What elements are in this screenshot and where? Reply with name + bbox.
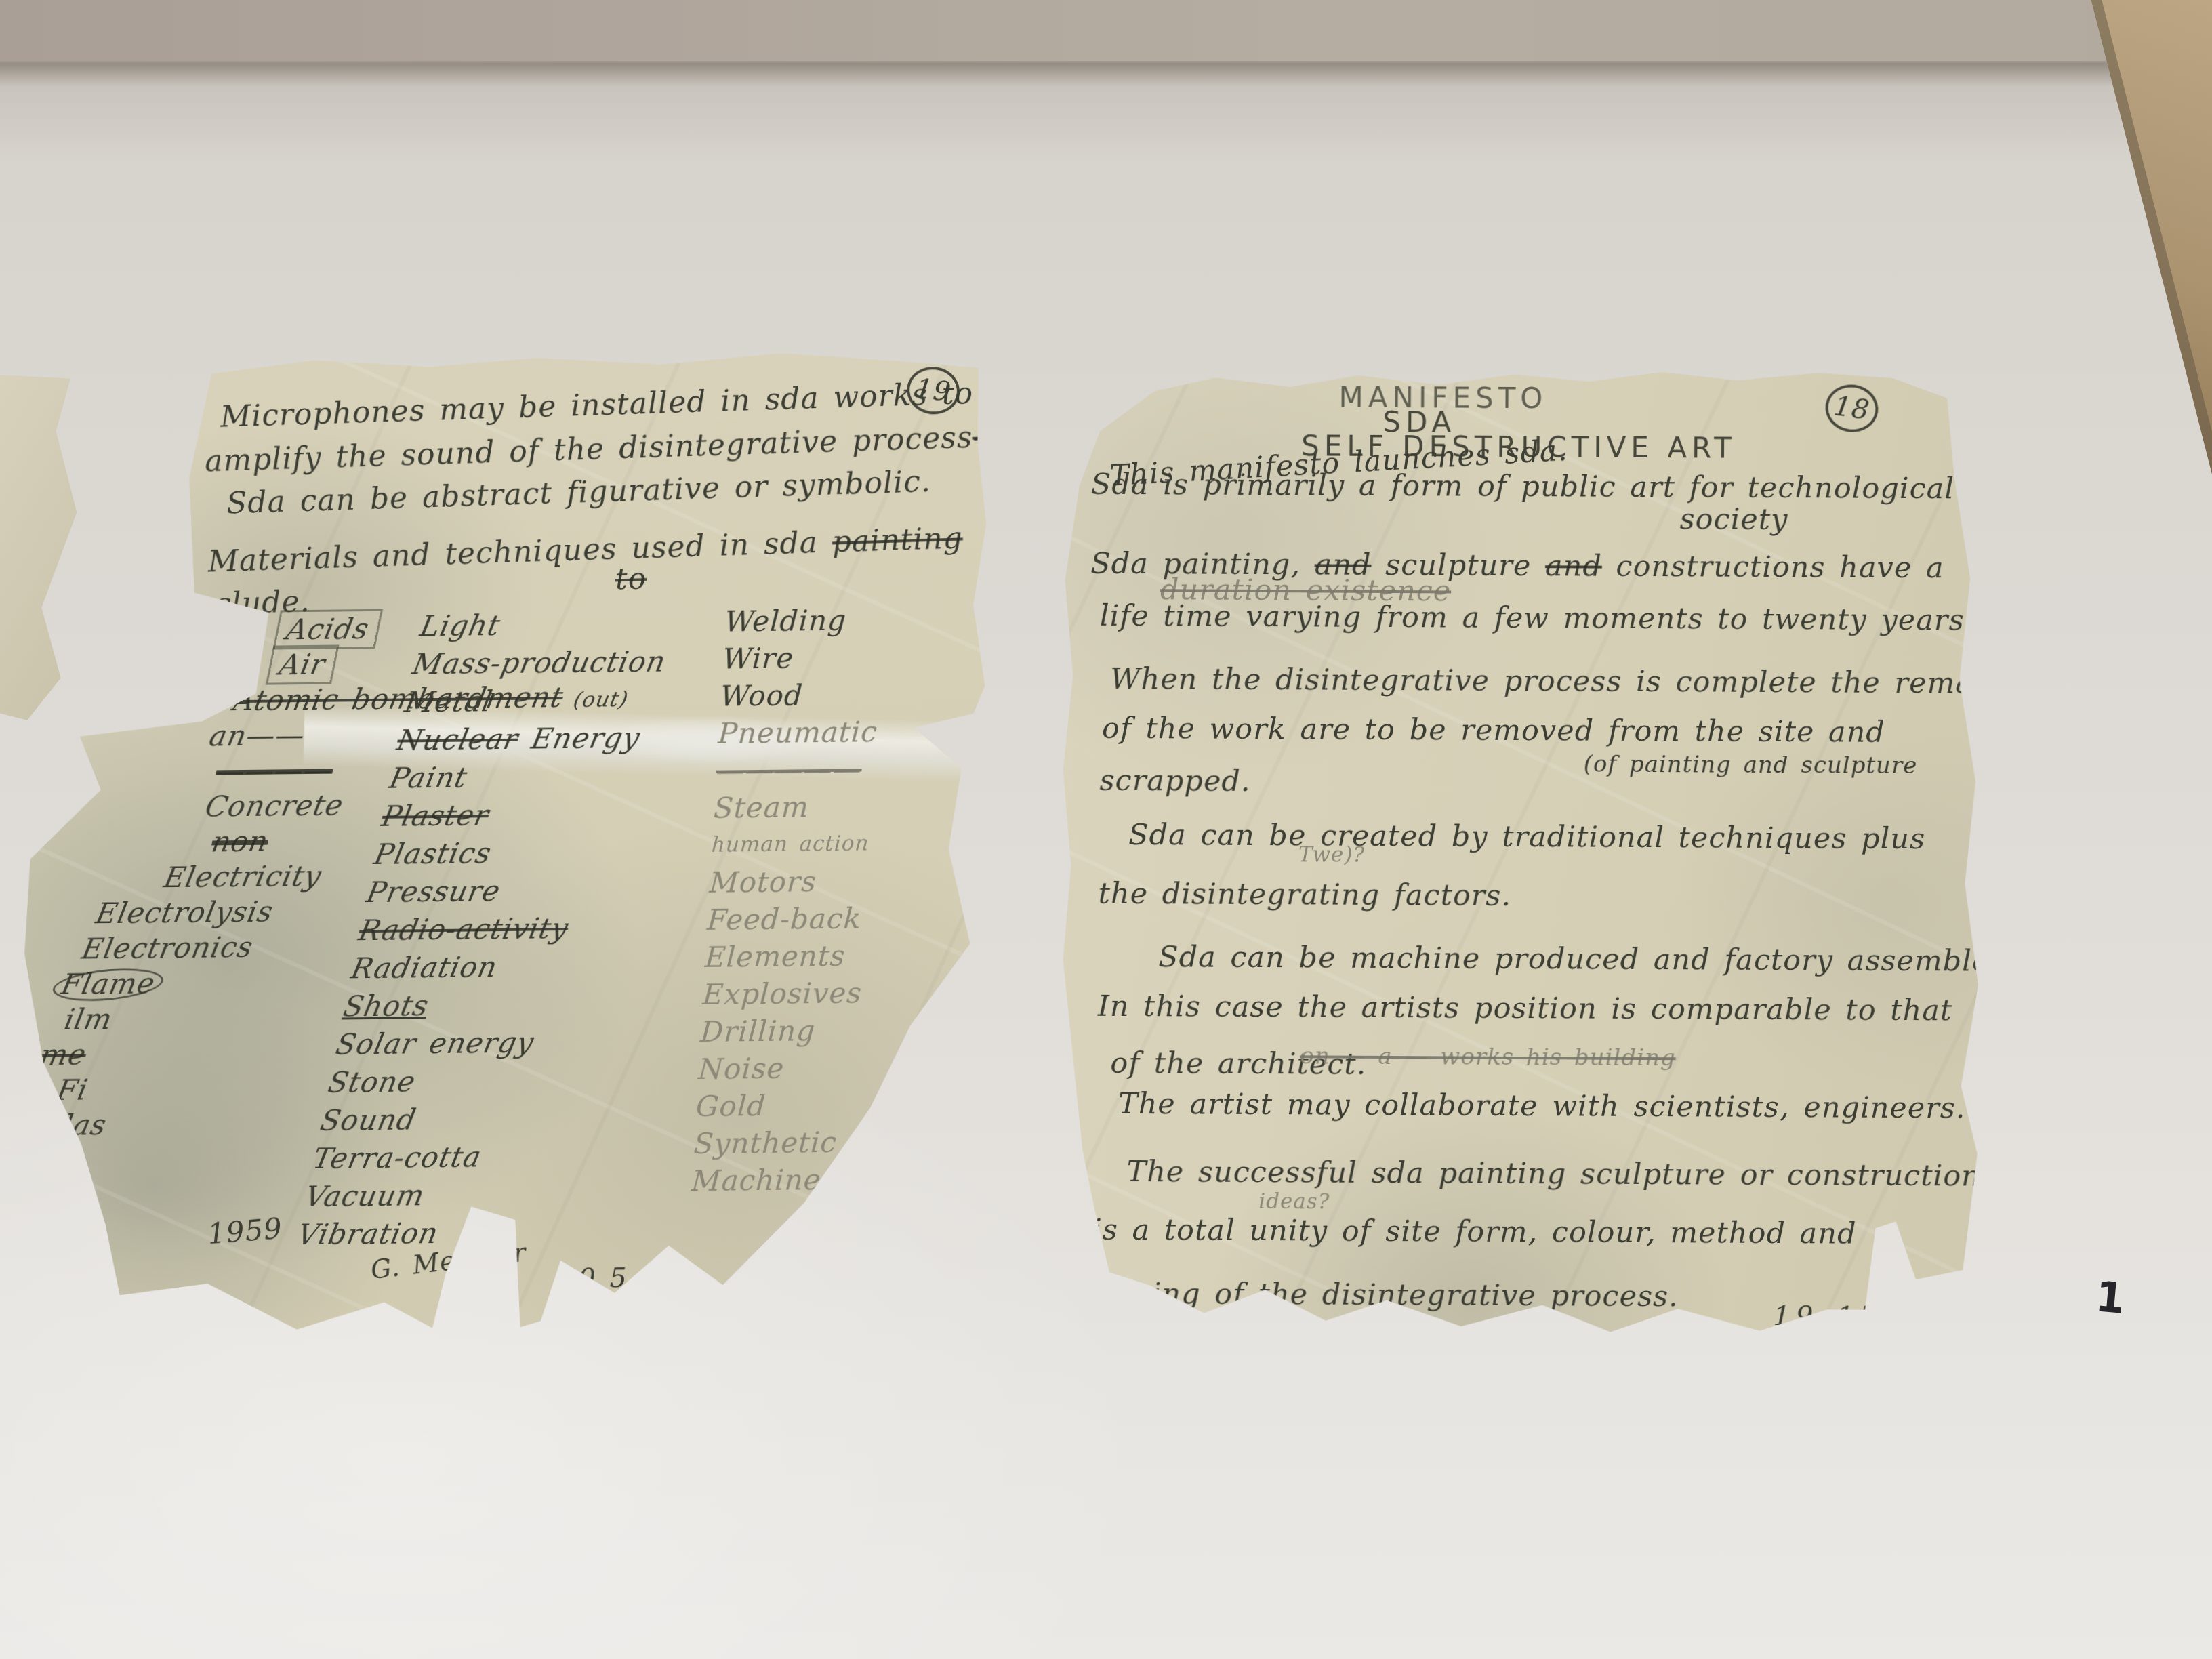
manuscript-line: Gold (695, 1087, 767, 1125)
manuscript-line: Pneumatic (717, 713, 878, 752)
manuscript-line: Radiation (348, 948, 501, 987)
manifesto-body-text: This manifesto launches sda.Sda is prima… (1054, 360, 1982, 1347)
manuscript-line: of the work are to be removed from the s… (1102, 712, 1885, 750)
manuscript-line: The artist may collaborate with scientis… (1118, 1087, 1966, 1126)
manuscript-page-19: 19 Microphones may be installed in sda w… (8, 347, 994, 1333)
manuscript-line: In this case the artists position is com… (1098, 989, 1953, 1028)
manuscript-segment: Materials and techniques used in sda (207, 525, 833, 579)
manuscript-line: ———— (213, 753, 336, 790)
manuscript-line: at (49, 1143, 86, 1179)
museum-display-photo: 19 Microphones may be installed in sda w… (0, 0, 2212, 1659)
manuscript-line: Sda can be created by traditional techni… (1128, 818, 1925, 856)
year-note: 1959 (206, 1212, 283, 1251)
manuscript-line: Motors (708, 863, 817, 901)
manuscript-line: Steam (713, 788, 811, 827)
manuscript-date: 19 15 59 (1773, 1300, 1945, 1332)
manuscript-line: life time varying from a few moments to … (1100, 599, 1975, 638)
manuscript-line: ————— (715, 750, 863, 789)
manuscript-line: Welding (724, 602, 848, 640)
manuscript-segment: constructions have a (1602, 550, 1944, 586)
manuscript-line: Terra-cotta (310, 1138, 485, 1178)
manuscript-line: Electronics (79, 930, 256, 967)
manuscript-line: non (209, 824, 272, 860)
wall-strip (0, 0, 2212, 61)
manuscript-line: Concrete (202, 787, 346, 824)
manuscript-line: Shots (340, 987, 432, 1025)
manuscript-segment: and (1545, 549, 1602, 583)
manuscript-line: scrapped. (1099, 764, 1250, 798)
manuscript-segment: ——. (972, 418, 1045, 455)
manuscript-line: Sda is primarily a form of public art fo… (1091, 468, 1955, 506)
manuscript-line: ilm (61, 1002, 115, 1038)
materials-column-3: WeldingWireWoodPneumatic—————Steamhuman … (691, 600, 985, 1200)
manuscript-line: Materials and techniques used in sda pai… (207, 520, 964, 579)
manuscript-line: ideas? (1258, 1189, 1330, 1214)
manuscript-line: Feed-back (706, 899, 863, 938)
manuscript-line: on — a — works his building (1300, 1042, 1675, 1071)
manuscript-page-18: 18 MANIFESTOSDASELF DESTRUCTIVE ART This… (1054, 360, 1982, 1347)
manuscript-line: Pressure (363, 872, 504, 912)
manuscript-line: Vacuum (302, 1176, 428, 1216)
manuscript-line: Noise (697, 1050, 785, 1088)
manuscript-line: Flame (58, 966, 159, 1002)
manuscript-line: Paint (386, 758, 471, 797)
manuscript-line: The successful sda painting sculpture or… (1126, 1155, 1981, 1193)
manuscript-line: Drilling (699, 1012, 817, 1050)
manuscript-line: society (1679, 502, 1788, 537)
manuscript-line: Plaster (378, 796, 492, 836)
manuscript-segment: painting (832, 520, 964, 559)
manuscript-segment: Energy (515, 721, 644, 756)
manuscript-line: Twe)? (1298, 842, 1365, 867)
manuscript-line: Metal (401, 682, 496, 721)
manuscript-line: is a total unity of site form, colour, m… (1092, 1213, 1857, 1251)
manuscript-line: Air (268, 647, 336, 683)
manuscript-line: Stone (325, 1063, 419, 1101)
manuscript-line: Vibration (294, 1214, 442, 1254)
manuscript-line: Sound (317, 1101, 419, 1140)
manuscript-line: Machine (691, 1161, 822, 1200)
manuscript-line: Solar energy (333, 1023, 538, 1063)
manuscript-line: Elements (704, 937, 846, 976)
manuscript-line: Nuclear Energy (394, 719, 644, 760)
manuscript-line: Electricity (161, 859, 325, 896)
manuscript-line: (of painting and sculpture (1584, 751, 1918, 780)
manuscript-line: human action (710, 825, 870, 863)
manuscript-line: Radio-activity (356, 909, 572, 949)
manuscript-line: ing of the disintegrative process. (1151, 1277, 1678, 1313)
manuscript-line: Electrolysis (93, 894, 276, 931)
manuscript-line: Sda can be machine produced and factory … (1158, 940, 2009, 979)
manuscript-line: Light (417, 607, 504, 645)
manuscript-line: me (37, 1037, 89, 1073)
case-corner-panel (2059, 0, 2212, 474)
manuscript-line: Synthetic Metals (693, 1122, 954, 1162)
manuscript-line: Plastics (371, 834, 495, 874)
manuscript-line: the disintegrating factors. (1099, 877, 1512, 913)
manuscript-line: to (615, 561, 647, 596)
footer-note: 10 5 (560, 1263, 628, 1294)
manuscript-line: When the disintegrative process is compl… (1110, 662, 2018, 701)
manuscript-line: Glas (37, 1107, 110, 1143)
paper-fragment-left-edge (0, 371, 80, 724)
manuscript-line: Acids (275, 611, 380, 648)
manuscript-line: Mass-production (409, 642, 670, 683)
manuscript-line: Wire (722, 639, 795, 677)
manuscript-segment: Nuclear (394, 722, 522, 757)
manuscript-line: Explosives (701, 974, 863, 1012)
manuscript-line: an—— (206, 718, 308, 754)
manuscript-line: Wood (720, 676, 804, 714)
case-label-number: 1 (2093, 1271, 2127, 1323)
